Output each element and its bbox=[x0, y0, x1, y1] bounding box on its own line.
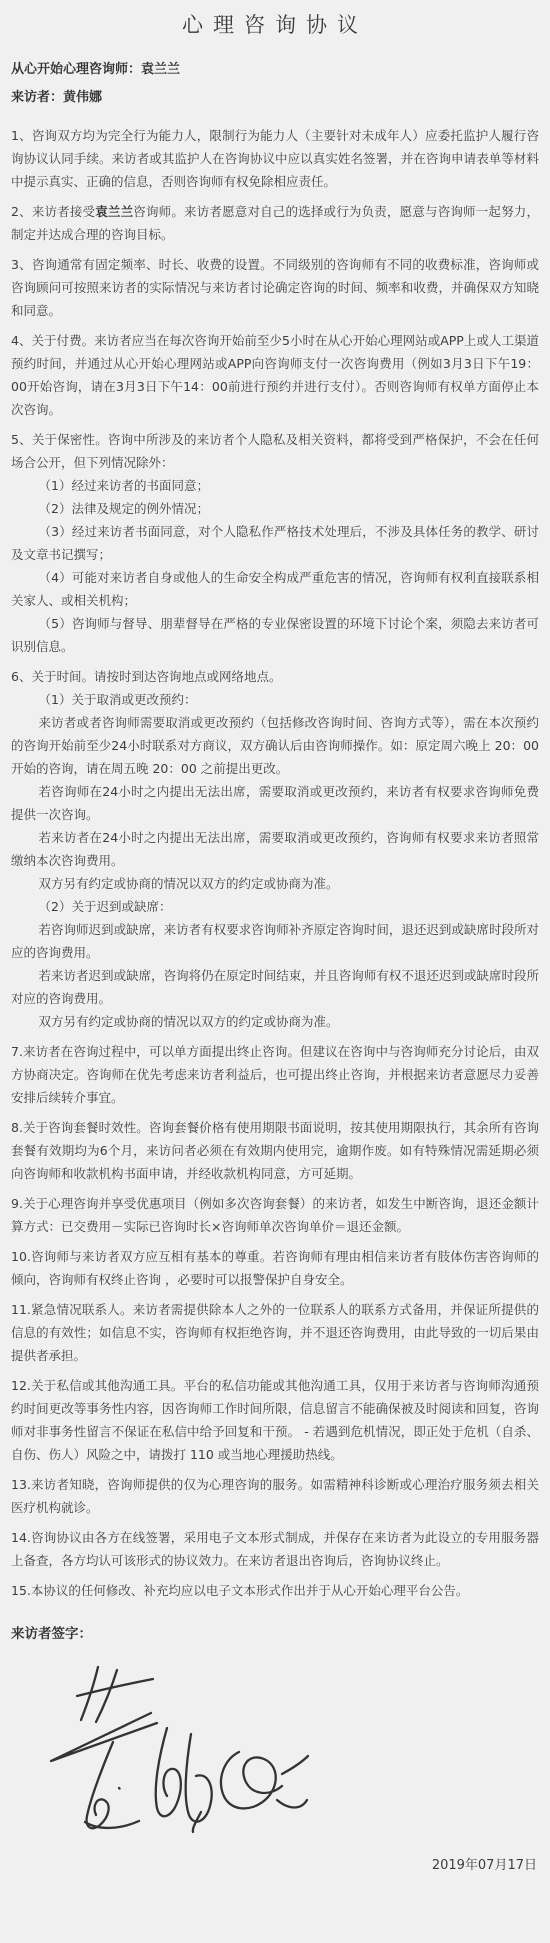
clause-line: （2）关于迟到或缺席： bbox=[11, 895, 539, 918]
clause-line: 6、关于时间。请按时到达咨询地点或网络地点。 bbox=[11, 665, 539, 688]
clause-4: 4、关于付费。来访者应当在每次咨询开始前至少5小时在从心开始心理网站或APP上或… bbox=[11, 329, 539, 421]
clause-line: 5、关于保密性。咨询中所涉及的来访者个人隐私及相关资料，都将受到严格保护，不会在… bbox=[11, 428, 539, 474]
clause-line: （1）经过来访者的书面同意； bbox=[11, 474, 539, 497]
clause-11: 11.紧急情况联系人。来访者需提供除本人之外的一位联系人的联系方式备用，并保证所… bbox=[11, 1298, 539, 1367]
clause-9: 9.关于心理咨询并享受优惠项目（例如多次咨询套餐）的来访者，如发生中断咨询，退还… bbox=[11, 1192, 539, 1238]
clause-line: （2）法律及规定的例外情况； bbox=[11, 497, 539, 520]
clause-line: （3）经过来访者书面同意，对个人隐私作严格技术处理后，不涉及具体任务的教学、研讨… bbox=[11, 520, 539, 566]
clause-2: 2、来访者接受袁兰兰咨询师。来访者愿意对自己的选择或行为负责，愿意与咨询师一起努… bbox=[11, 200, 539, 246]
clause-10: 10.咨询师与来访者双方应互相有基本的尊重。若咨询师有理由相信来访者有肢体伤害咨… bbox=[11, 1245, 539, 1291]
agreement-document: 心理咨询协议 从心开始心理咨询师：袁兰兰 来访者：黄伟娜 1、咨询双方均为完全行… bbox=[0, 0, 550, 1943]
clause-line: 双方另有约定或协商的情况以双方的约定或协商为准。 bbox=[11, 1010, 539, 1033]
counselor-name: 袁兰兰 bbox=[141, 62, 180, 77]
clause-3: 3、咨询通常有固定频率、时长、收费的设置。不同级别的咨询师有不同的收费标准，咨询… bbox=[11, 253, 539, 322]
clause-7: 7.来访者在咨询过程中，可以单方面提出终止咨询。但建议在咨询中与咨询师充分讨论后… bbox=[11, 1040, 539, 1109]
visitor-label: 来访者： bbox=[11, 90, 63, 105]
parties-block: 从心开始心理咨询师：袁兰兰 来访者：黄伟娜 bbox=[11, 56, 539, 112]
clause-line: 来访者或者咨询师需要取消或更改预约（包括修改咨询时间、咨询方式等），需在本次预约… bbox=[11, 711, 539, 780]
clause-line: 14.咨询协议由各方在线签署，采用电子文本形式制成，并保存在来访者为此设立的专用… bbox=[11, 1526, 539, 1572]
visitor-line: 来访者：黄伟娜 bbox=[11, 84, 539, 112]
clause-5: 5、关于保密性。咨询中所涉及的来访者个人隐私及相关资料，都将受到严格保护，不会在… bbox=[11, 428, 539, 658]
clause-line: 7.来访者在咨询过程中，可以单方面提出终止咨询。但建议在咨询中与咨询师充分讨论后… bbox=[11, 1040, 539, 1109]
clause-line: 2、来访者接受袁兰兰咨询师。来访者愿意对自己的选择或行为负责，愿意与咨询师一起努… bbox=[11, 200, 539, 246]
clause-line: 若来访者在24小时之内提出无法出席，需要取消或更改预约，咨询师有权要求来访者照常… bbox=[11, 826, 539, 872]
visitor-name: 黄伟娜 bbox=[63, 90, 102, 105]
clause-line: 双方另有约定或协商的情况以双方的约定或协商为准。 bbox=[11, 872, 539, 895]
clauses: 1、咨询双方均为完全行为能力人，限制行为能力人（主要针对未成年人）应委托监护人履… bbox=[11, 124, 539, 1602]
clause-1: 1、咨询双方均为完全行为能力人，限制行为能力人（主要针对未成年人）应委托监护人履… bbox=[11, 124, 539, 193]
clause-line: 若咨询师在24小时之内提出无法出席，需要取消或更改预约，来访者有权要求咨询师免费… bbox=[11, 780, 539, 826]
clause-line: 8.关于咨询套餐时效性。咨询套餐价格有使用期限书面说明，按其使用期限执行，其余所… bbox=[11, 1116, 539, 1185]
signature-scribble-icon bbox=[39, 1664, 311, 1840]
clause-line: （5）咨询师与督导、朋辈督导在严格的专业保密设置的环境下讨论个案，须隐去来访者可… bbox=[11, 612, 539, 658]
page-title: 心理咨询协议 bbox=[11, 10, 539, 40]
clause-line: 9.关于心理咨询并享受优惠项目（例如多次咨询套餐）的来访者，如发生中断咨询，退还… bbox=[11, 1192, 539, 1238]
clause-6: 6、关于时间。请按时到达咨询地点或网络地点。（1）关于取消或更改预约：来访者或者… bbox=[11, 665, 539, 1033]
visitor-signature bbox=[39, 1664, 539, 1840]
clause-line: 15.本协议的任何修改、补充均应以电子文本形式作出并于从心开始心理平台公告。 bbox=[11, 1579, 539, 1602]
clause-line: 11.紧急情况联系人。来访者需提供除本人之外的一位联系人的联系方式备用，并保证所… bbox=[11, 1298, 539, 1367]
clause-line: 13.来访者知晓，咨询师提供的仅为心理咨询的服务。如需精神科诊断或心理治疗服务须… bbox=[11, 1473, 539, 1519]
clause-line: 10.咨询师与来访者双方应互相有基本的尊重。若咨询师有理由相信来访者有肢体伤害咨… bbox=[11, 1245, 539, 1291]
clause-line: 4、关于付费。来访者应当在每次咨询开始前至少5小时在从心开始心理网站或APP上或… bbox=[11, 329, 539, 421]
agreement-date: 2019年07月17日 bbox=[11, 1854, 539, 1877]
clause-14: 14.咨询协议由各方在线签署，采用电子文本形式制成，并保存在来访者为此设立的专用… bbox=[11, 1526, 539, 1572]
counselor-line: 从心开始心理咨询师：袁兰兰 bbox=[11, 56, 539, 84]
clause-line: （4）可能对来访者自身或他人的生命安全构成严重危害的情况，咨询师有权利直接联系相… bbox=[11, 566, 539, 612]
clause-15: 15.本协议的任何修改、补充均应以电子文本形式作出并于从心开始心理平台公告。 bbox=[11, 1579, 539, 1602]
clause-8: 8.关于咨询套餐时效性。咨询套餐价格有使用期限书面说明，按其使用期限执行，其余所… bbox=[11, 1116, 539, 1185]
clause-line: 3、咨询通常有固定频率、时长、收费的设置。不同级别的咨询师有不同的收费标准，咨询… bbox=[11, 253, 539, 322]
clause-line: （1）关于取消或更改预约： bbox=[11, 688, 539, 711]
clause-line: 若咨询师迟到或缺席，来访者有权要求咨询师补齐原定咨询时间，退还迟到或缺席时段所对… bbox=[11, 918, 539, 964]
counselor-label: 从心开始心理咨询师： bbox=[11, 62, 141, 77]
visitor-signature-label: 来访者签字： bbox=[11, 1622, 539, 1646]
clause-line: 12.关于私信或其他沟通工具。平台的私信功能或其他沟通工具，仅用于来访者与咨询师… bbox=[11, 1374, 539, 1466]
clause-13: 13.来访者知晓，咨询师提供的仅为心理咨询的服务。如需精神科诊断或心理治疗服务须… bbox=[11, 1473, 539, 1519]
clause-12: 12.关于私信或其他沟通工具。平台的私信功能或其他沟通工具，仅用于来访者与咨询师… bbox=[11, 1374, 539, 1466]
clause-line: 若来访者迟到或缺席，咨询将仍在原定时间结束，并且咨询师有权不退还迟到或缺席时段所… bbox=[11, 964, 539, 1010]
clause-line: 1、咨询双方均为完全行为能力人，限制行为能力人（主要针对未成年人）应委托监护人履… bbox=[11, 124, 539, 193]
